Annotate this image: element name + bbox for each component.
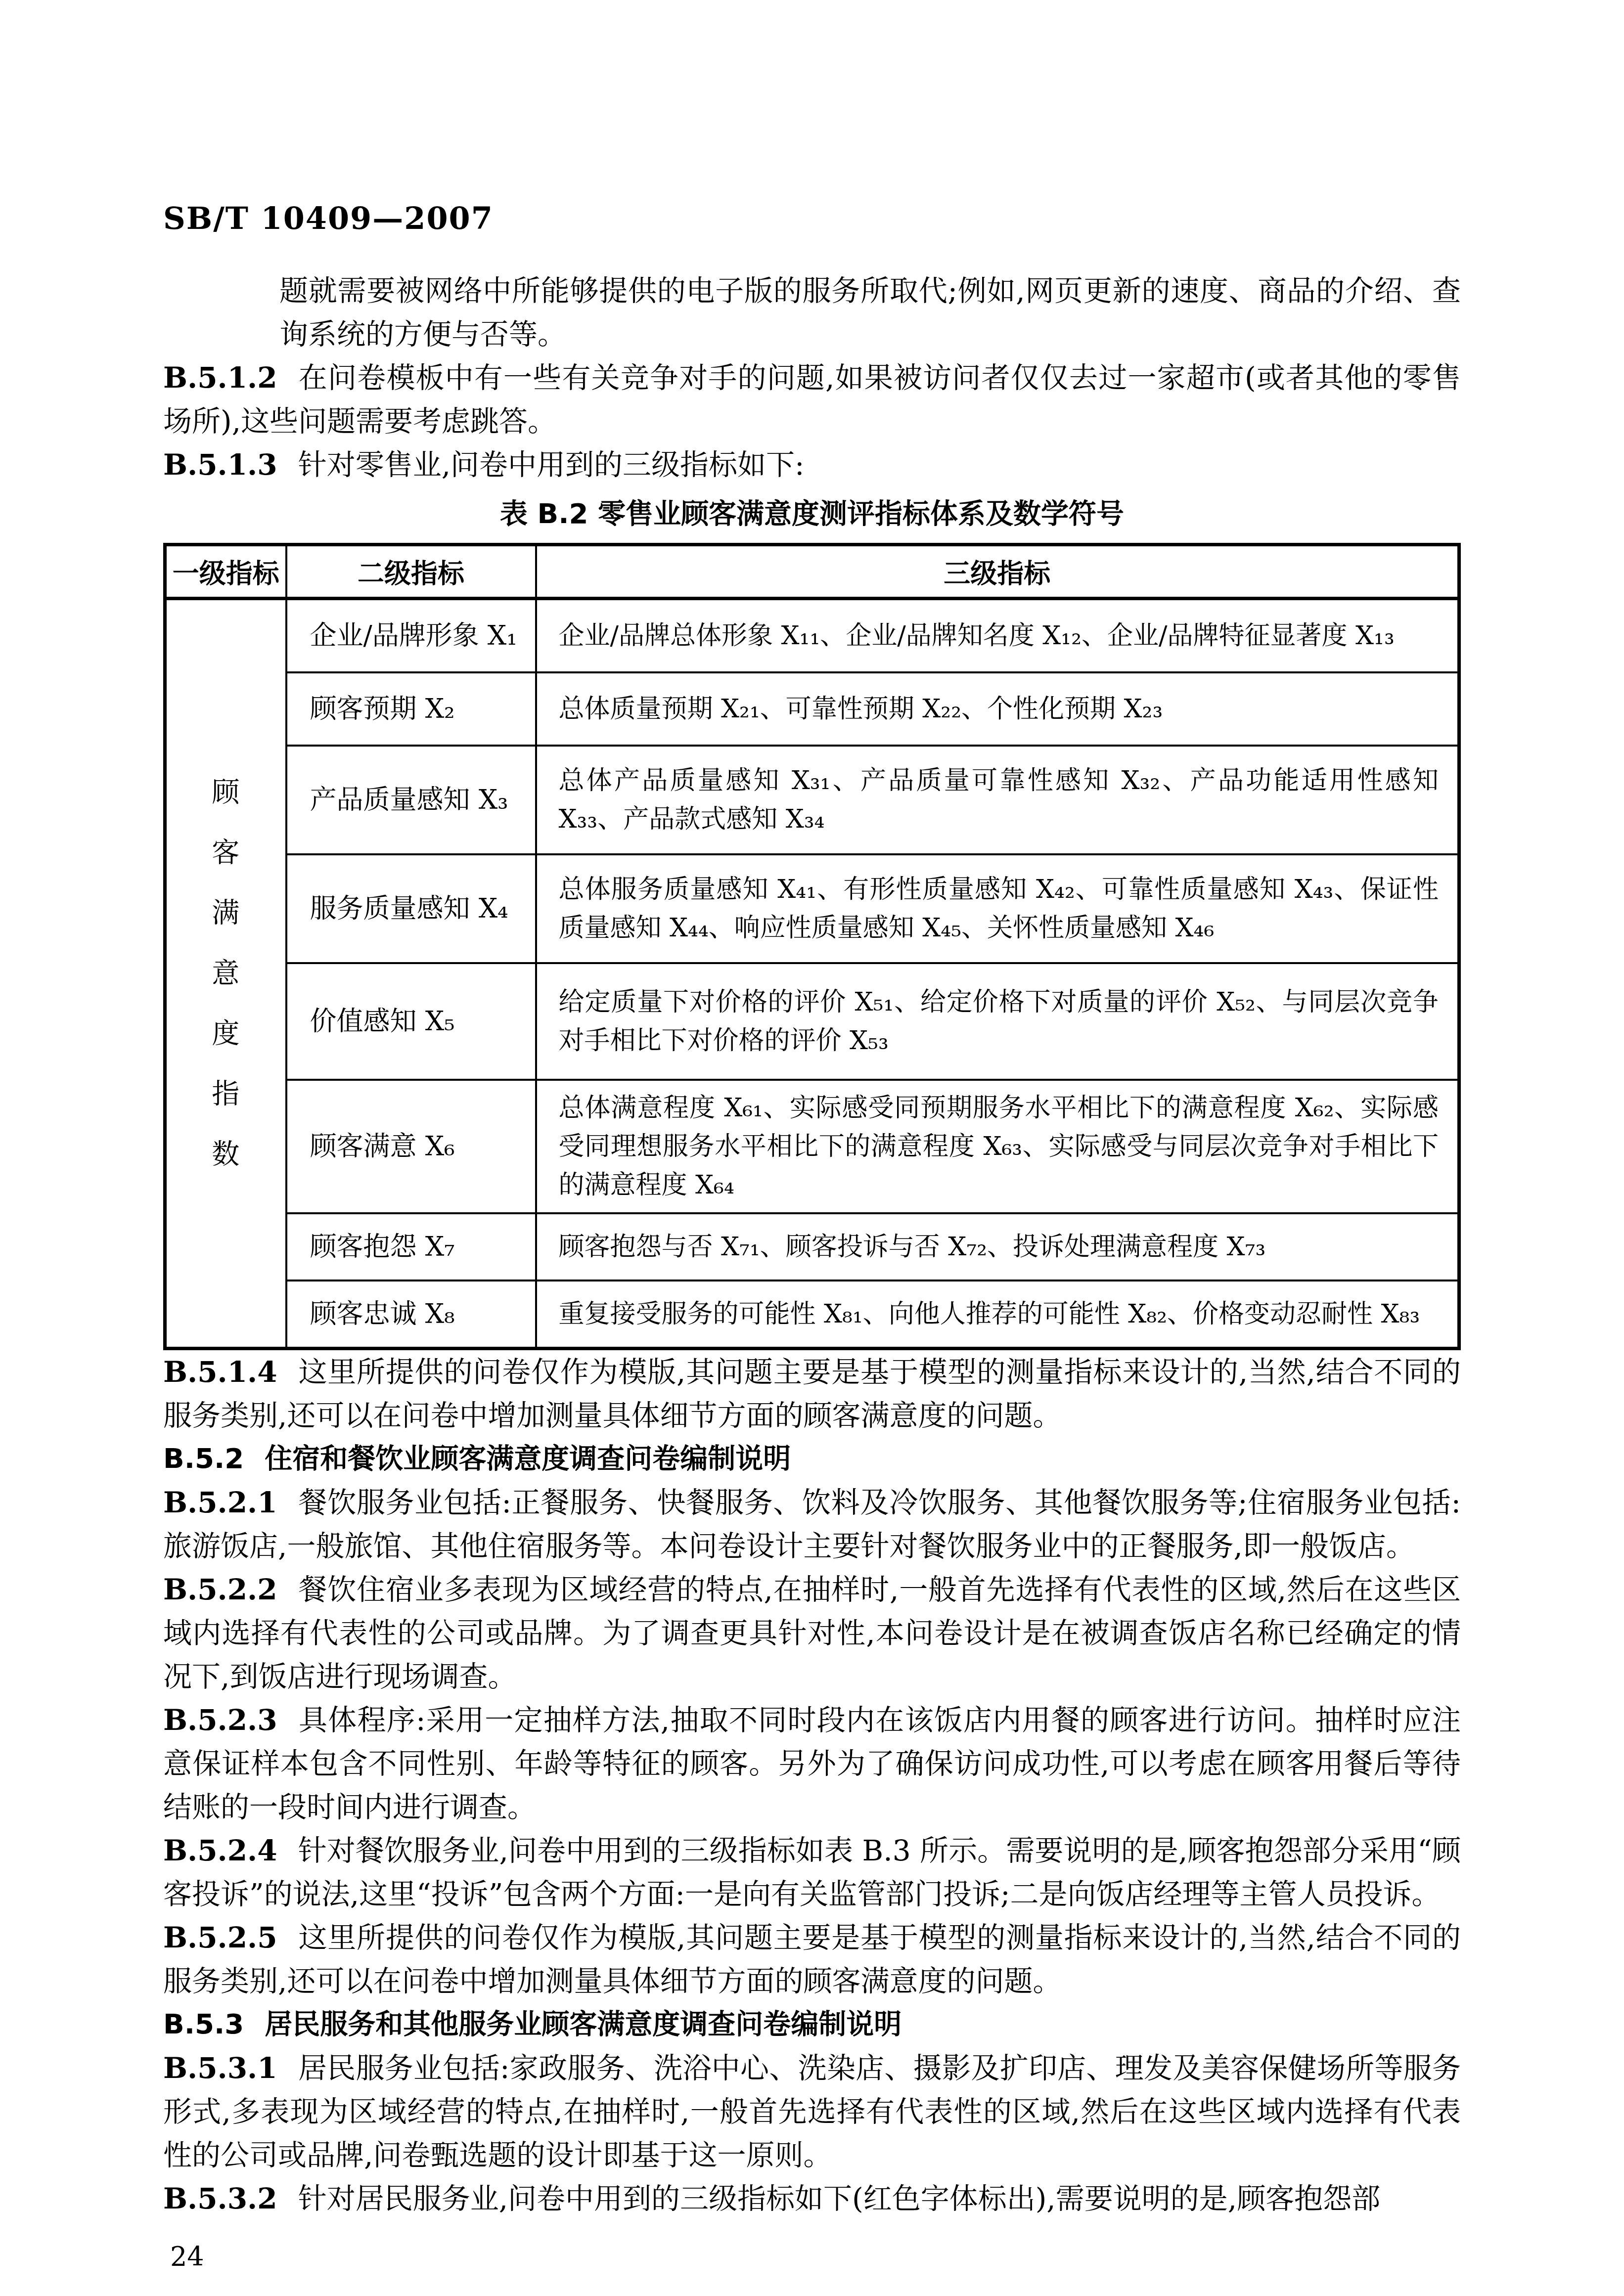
header-level3: 三级指标 [536, 545, 1459, 599]
paragraph-b532: B.5.3.2针对居民服务业,问卷中用到的三级指标如下(红色字体标出),需要说明… [163, 2177, 1461, 2220]
section-text: 餐饮住宿业多表现为区域经营的特点,在抽样时,一般首先选择有代表性的区域,然后在这… [163, 1573, 1461, 1693]
level3-cell: 总体服务质量感知 X₄₁、有形性质量感知 X₄₂、可靠性质量感知 X₄₃、保证性… [536, 854, 1459, 963]
section-number: B.5.1.4 [163, 1355, 277, 1389]
section-number: B.5.2.4 [163, 1834, 277, 1867]
paragraph-b523: B.5.2.3具体程序:采用一定抽样方法,抽取不同时段内在该饭店内用餐的顾客进行… [163, 1698, 1461, 1829]
paragraph-b513: B.5.1.3针对零售业,问卷中用到的三级指标如下: [163, 443, 1461, 486]
table-row: 顾 客 满 意 度 指 数 企业/品牌形象 X₁ 企业/品牌总体形象 X₁₁、企… [165, 599, 1459, 673]
table-header-row: 一级指标 二级指标 三级指标 [165, 545, 1459, 599]
paragraph-continuation: 题就需要被网络中所能够提供的电子版的服务所取代;例如,网页更新的速度、商品的介绍… [279, 269, 1461, 356]
section-text: 在问卷模板中有一些有关竞争对手的问题,如果被访问者仅仅去过一家超市(或者其他的零… [163, 361, 1461, 438]
table-row: 产品质量感知 X₃ 总体产品质量感知 X₃₁、产品质量可靠性感知 X₃₂、产品功… [165, 746, 1459, 854]
section-number: B.5.1.3 [163, 448, 277, 482]
table-b2: 一级指标 二级指标 三级指标 顾 客 满 意 度 指 数 企业/品牌形象 X₁ … [163, 543, 1461, 1350]
level2-cell: 顾客预期 X₂ [286, 672, 536, 746]
section-number: B.5.1.2 [163, 361, 277, 395]
section-number: B.5.2.1 [163, 1486, 277, 1519]
level2-cell: 产品质量感知 X₃ [286, 746, 536, 854]
section-number: B.5.3 [163, 2008, 244, 2040]
standard-code: SB/T 10409—2007 [163, 0, 1461, 240]
header-level2: 二级指标 [286, 545, 536, 599]
level2-cell: 企业/品牌形象 X₁ [286, 599, 536, 673]
paragraph-b521: B.5.2.1餐饮服务业包括:正餐服务、快餐服务、饮料及冷饮服务、其他餐饮服务等… [163, 1481, 1461, 1568]
level2-cell: 价值感知 X₅ [286, 963, 536, 1080]
table-row: 顾客抱怨 X₇ 顾客抱怨与否 X₇₁、顾客投诉与否 X₇₂、投诉处理满意程度 X… [165, 1213, 1459, 1280]
paragraph-b514: B.5.1.4这里所提供的问卷仅作为模版,其问题主要是基于模型的测量指标来设计的… [163, 1350, 1461, 1437]
heading-b52: B.5.2住宿和餐饮业顾客满意度调查问卷编制说明 [163, 1437, 1461, 1481]
level3-cell: 总体满意程度 X₆₁、实际感受同预期服务水平相比下的满意程度 X₆₂、实际感受同… [536, 1080, 1459, 1213]
page-number: 24 [170, 2235, 1461, 2279]
paragraph-b524: B.5.2.4针对餐饮服务业,问卷中用到的三级指标如表 B.3 所示。需要说明的… [163, 1829, 1461, 1916]
table-caption: 表 B.2 零售业顾客满意度测评指标体系及数学符号 [163, 492, 1461, 536]
section-text: 针对零售业,问卷中用到的三级指标如下: [298, 448, 805, 482]
level3-cell: 企业/品牌总体形象 X₁₁、企业/品牌知名度 X₁₂、企业/品牌特征显著度 X₁… [536, 599, 1459, 673]
header-level1: 一级指标 [165, 545, 286, 599]
table-row: 顾客满意 X₆ 总体满意程度 X₆₁、实际感受同预期服务水平相比下的满意程度 X… [165, 1080, 1459, 1213]
section-number: B.5.3.2 [163, 2182, 277, 2215]
level2-cell: 顾客抱怨 X₇ [286, 1213, 536, 1280]
table-row: 服务质量感知 X₄ 总体服务质量感知 X₄₁、有形性质量感知 X₄₂、可靠性质量… [165, 854, 1459, 963]
paragraph-b512: B.5.1.2在问卷模板中有一些有关竞争对手的问题,如果被访问者仅仅去过一家超市… [163, 356, 1461, 443]
paragraph-b522: B.5.2.2餐饮住宿业多表现为区域经营的特点,在抽样时,一般首先选择有代表性的… [163, 1568, 1461, 1698]
level3-cell: 重复接受服务的可能性 X₈₁、向他人推荐的可能性 X₈₂、价格变动忍耐性 X₈₃ [536, 1280, 1459, 1349]
page-content: SB/T 10409—2007 题就需要被网络中所能够提供的电子版的服务所取代;… [163, 0, 1461, 2279]
level2-cell: 顾客满意 X₆ [286, 1080, 536, 1213]
document-page: SB/T 10409—2007 题就需要被网络中所能够提供的电子版的服务所取代;… [0, 0, 1624, 2296]
level2-cell: 顾客忠诚 X₈ [286, 1280, 536, 1349]
level3-cell: 总体产品质量感知 X₃₁、产品质量可靠性感知 X₃₂、产品功能适用性感知 X₃₃… [536, 746, 1459, 854]
paragraph-b525: B.5.2.5这里所提供的问卷仅作为模版,其问题主要是基于模型的测量指标来设计的… [163, 1916, 1461, 2003]
table-row: 价值感知 X₅ 给定质量下对价格的评价 X₅₁、给定价格下对质量的评价 X₅₂、… [165, 963, 1459, 1080]
section-number: B.5.2.5 [163, 1921, 277, 1954]
level2-cell: 服务质量感知 X₄ [286, 854, 536, 963]
table-row: 顾客忠诚 X₈ 重复接受服务的可能性 X₈₁、向他人推荐的可能性 X₈₂、价格变… [165, 1280, 1459, 1349]
section-text: 这里所提供的问卷仅作为模版,其问题主要是基于模型的测量指标来设计的,当然,结合不… [163, 1921, 1461, 1998]
section-text: 针对餐饮服务业,问卷中用到的三级指标如表 B.3 所示。需要说明的是,顾客抱怨部… [163, 1834, 1461, 1911]
section-title: 居民服务和其他服务业顾客满意度调查问卷编制说明 [265, 2008, 902, 2040]
section-text: 针对居民服务业,问卷中用到的三级指标如下(红色字体标出),需要说明的是,顾客抱怨… [298, 2182, 1381, 2215]
section-number: B.5.2.3 [163, 1703, 277, 1737]
section-text: 具体程序:采用一定抽样方法,抽取不同时段内在该饭店内用餐的顾客进行访问。抽样时应… [163, 1703, 1461, 1824]
section-text: 这里所提供的问卷仅作为模版,其问题主要是基于模型的测量指标来设计的,当然,结合不… [163, 1355, 1461, 1432]
section-title: 住宿和餐饮业顾客满意度调查问卷编制说明 [265, 1443, 791, 1475]
level1-cell: 顾 客 满 意 度 指 数 [165, 599, 286, 1349]
heading-b53: B.5.3居民服务和其他服务业顾客满意度调查问卷编制说明 [163, 2003, 1461, 2046]
section-text: 居民服务业包括:家政服务、洗浴中心、洗染店、摄影及扩印店、理发及美容保健场所等服… [163, 2051, 1461, 2172]
section-text: 餐饮服务业包括:正餐服务、快餐服务、饮料及冷饮服务、其他餐饮服务等;住宿服务业包… [163, 1486, 1461, 1563]
section-number: B.5.2.2 [163, 1573, 277, 1606]
level3-cell: 顾客抱怨与否 X₇₁、顾客投诉与否 X₇₂、投诉处理满意程度 X₇₃ [536, 1213, 1459, 1280]
table-row: 顾客预期 X₂ 总体质量预期 X₂₁、可靠性预期 X₂₂、个性化预期 X₂₃ [165, 672, 1459, 746]
level3-cell: 总体质量预期 X₂₁、可靠性预期 X₂₂、个性化预期 X₂₃ [536, 672, 1459, 746]
paragraph-b531: B.5.3.1居民服务业包括:家政服务、洗浴中心、洗染店、摄影及扩印店、理发及美… [163, 2046, 1461, 2177]
section-number: B.5.3.1 [163, 2051, 277, 2085]
section-number: B.5.2 [163, 1443, 244, 1475]
level3-cell: 给定质量下对价格的评价 X₅₁、给定价格下对质量的评价 X₅₂、与同层次竞争对手… [536, 963, 1459, 1080]
